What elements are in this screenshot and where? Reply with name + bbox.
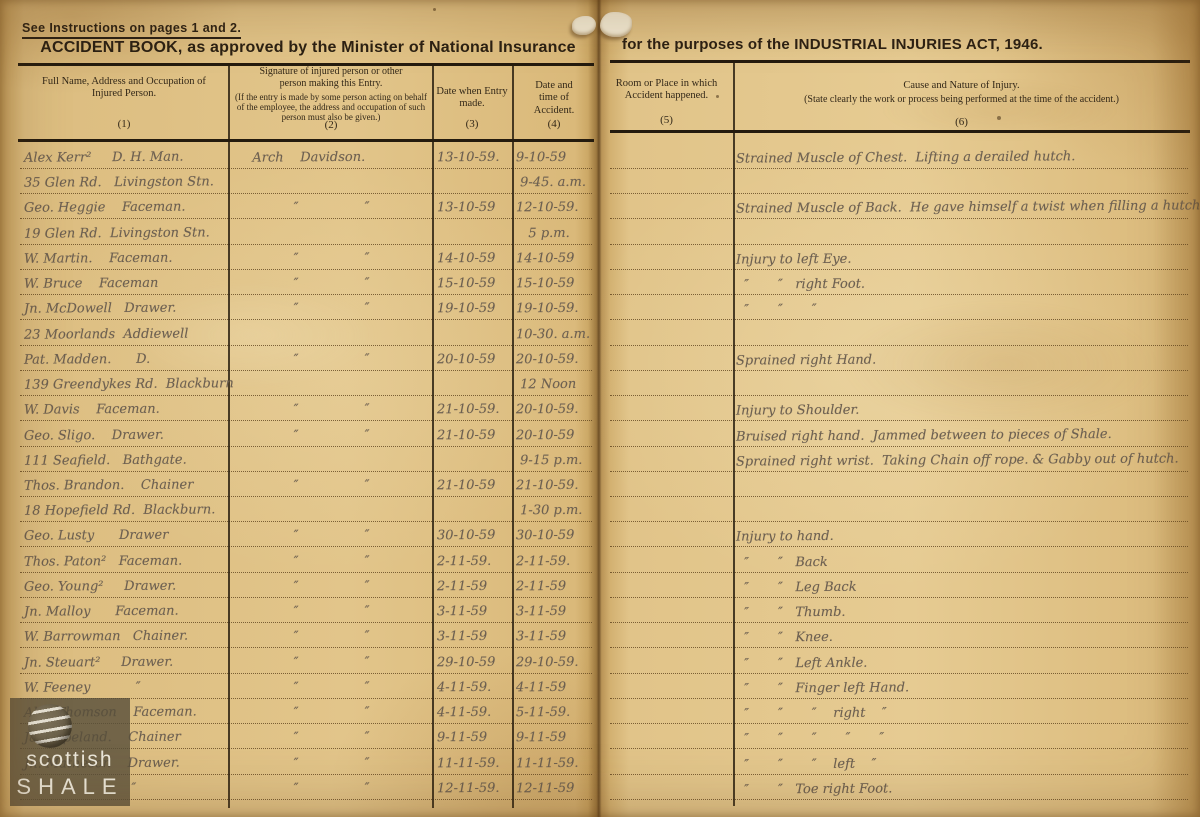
column-number: (6)	[735, 116, 1188, 129]
cell-c3: 2-11-59.	[437, 550, 511, 573]
column-header-5: Room or Place in which Accident happened…	[602, 78, 731, 103]
cell-c5	[614, 550, 730, 573]
table-row: 111 Seafield. Bathgate. 9-15 p.m.Spraine…	[0, 450, 1200, 472]
cell-c4: 9-11-59	[516, 727, 598, 750]
cell-c1: Geo. Lusty Drawer	[24, 525, 228, 548]
instructions-note: See Instructions on pages 1 and 2.	[22, 21, 241, 39]
cell-c6: ″ ″ Left Ankle.	[736, 650, 1188, 675]
cell-c1: Jn. Malloy Faceman.	[24, 600, 228, 623]
torn-hole	[600, 12, 632, 37]
cell-c5	[614, 500, 730, 523]
cell-c3: 4-11-59.	[437, 702, 511, 725]
column-header-2: Signature of injured person or other per…	[232, 66, 430, 138]
cell-c2: ″ ″	[240, 298, 436, 321]
table-row: 139 Greendykes Rd. Blackburn 12 Noon	[0, 374, 1200, 396]
cell-c3: 4-11-59.	[437, 677, 511, 700]
cell-c3	[437, 222, 511, 245]
cell-c4: 20-10-59	[516, 424, 598, 447]
column-header-text: Date and time of Accident.	[514, 80, 594, 117]
table-row: Ja. Copeland. Chainer ″ ″9-11-599-11-59 …	[0, 727, 1200, 749]
cell-c1: Alex Kerr² D. H. Man.	[24, 146, 228, 169]
table-row: Jn. Matheson Drawer. ″ ″11-11-59.11-11-5…	[0, 753, 1200, 775]
cell-c6	[736, 473, 1188, 498]
cell-c3: 21-10-59.	[437, 399, 511, 422]
column-number: (3)	[434, 118, 510, 131]
table-row: 18 Hopefield Rd. Blackburn. 1-30 p.m.	[0, 500, 1200, 522]
cell-c2: ″ ″	[240, 348, 436, 371]
table-row: W. Martin. Faceman. ″ ″14-10-5914-10-59I…	[0, 248, 1200, 270]
cell-c3: 3-11-59	[437, 626, 511, 649]
cell-c2: ″ ″	[240, 676, 436, 699]
cell-c3: 13-10-59	[437, 197, 511, 220]
cell-c5	[614, 651, 730, 674]
cell-c2	[240, 373, 436, 396]
cell-c3: 14-10-59	[437, 248, 511, 271]
cell-c6: ″ ″ Leg Back	[736, 574, 1188, 599]
cell-c4: 5-11-59.	[516, 702, 598, 725]
column-header-text: Full Name, Address and Occupation of Inj…	[22, 76, 226, 101]
column-header-note: (State clearly the work or process being…	[735, 94, 1188, 106]
cell-c6: ″ ″ ″	[736, 297, 1188, 322]
table-row: Geo. Sligo. Drawer. ″ ″21-10-5920-10-59B…	[0, 425, 1200, 447]
paper-speck	[716, 95, 719, 98]
column-header-1: Full Name, Address and Occupation of Inj…	[22, 76, 226, 138]
cell-c3: 20-10-59	[437, 349, 511, 372]
cell-c4: 12-10-59.	[516, 197, 598, 220]
cell-c2	[240, 172, 436, 195]
cell-c6: Injury to left Eye.	[736, 246, 1188, 271]
cell-c1: 111 Seafield. Bathgate.	[24, 449, 228, 472]
cell-c6: Sprained right wrist. Taking Chain off r…	[736, 448, 1188, 473]
cell-c4: 9-10-59	[516, 147, 598, 170]
cell-c5	[614, 399, 730, 422]
cell-c4: 2-11-59.	[516, 550, 598, 573]
cell-c5	[614, 273, 730, 296]
cell-c2: ″ ″	[240, 247, 436, 270]
column-number: (4)	[514, 118, 594, 131]
cell-c4: 2-11-59	[516, 576, 598, 599]
cell-c3	[437, 172, 511, 195]
table-row: Pat. Madden. D. ″ ″20-10-5920-10-59.Spra…	[0, 349, 1200, 371]
cell-c1: W. Martin. Faceman.	[24, 247, 228, 270]
cell-c4: 3-11-59	[516, 626, 598, 649]
cell-c2: ″ ″	[240, 272, 436, 295]
table-row: 19 Glen Rd. Livingston Stn. 5 p.m.	[0, 223, 1200, 245]
cell-c5	[614, 525, 730, 548]
table-row: ″ ″ ″12-11-59.12-11-59 ″ ″ Toe right Foo…	[0, 778, 1200, 800]
table-row: 23 Moorlands Addiewell10-30. a.m.	[0, 324, 1200, 346]
column-header-note: (If the entry is made by some person act…	[232, 92, 430, 123]
cell-c6	[736, 171, 1188, 196]
cell-c1: W. Bruce Faceman	[24, 272, 228, 295]
cell-c5	[614, 222, 730, 245]
watermark-text: SHALE	[10, 774, 130, 800]
cell-c5	[614, 348, 730, 371]
cell-c4: 10-30. a.m.	[516, 323, 598, 346]
cell-c3: 19-10-59	[437, 298, 511, 321]
cell-c6: Injury to Shoulder.	[736, 398, 1188, 423]
cell-c3: 15-10-59	[437, 273, 511, 296]
table-rule	[18, 139, 594, 142]
cell-c6: ″ ″ ″ ″ ″	[736, 726, 1188, 751]
cell-c4: 9-45. a.m.	[516, 172, 598, 195]
cell-c6: ″ ″ right Foot.	[736, 272, 1188, 297]
cell-c5	[614, 298, 730, 321]
cell-c4: 30-10-59	[516, 525, 598, 548]
cell-c4: 19-10-59.	[516, 298, 598, 321]
cell-c6	[736, 322, 1188, 347]
table-row: W. Barrowman Chainer. ″ ″3-11-593-11-59 …	[0, 626, 1200, 648]
column-header-text: Signature of injured person or other per…	[232, 66, 430, 90]
cell-c2: ″ ″	[240, 525, 436, 548]
cell-c4: 29-10-59.	[516, 651, 598, 674]
cell-c4: 12-11-59	[516, 777, 598, 800]
cell-c5	[614, 752, 730, 775]
cell-c2	[240, 323, 436, 346]
cell-c3: 30-10-59	[437, 525, 511, 548]
cell-c5	[614, 449, 730, 472]
table-row: Jn. Steuart² Drawer. ″ ″29-10-5929-10-59…	[0, 652, 1200, 674]
table-rule	[610, 60, 1190, 63]
table-row: W. Feeney ″ ″ ″4-11-59.4-11-59 ″ ″ Finge…	[0, 677, 1200, 699]
cell-c6: Strained Muscle of Chest. Lifting a dera…	[736, 145, 1188, 170]
cell-c3: 3-11-59	[437, 601, 511, 624]
cell-c3: 11-11-59.	[437, 752, 511, 775]
cell-c2: ″ ″	[240, 727, 436, 750]
cell-c3: 12-11-59.	[437, 777, 511, 800]
cell-c1: 35 Glen Rd. Livingston Stn.	[24, 172, 228, 195]
cell-c3	[437, 323, 511, 346]
cell-c5	[614, 626, 730, 649]
cell-c6	[736, 499, 1188, 524]
table-row: Thos. Paton² Faceman. ″ ″2-11-59.2-11-59…	[0, 551, 1200, 573]
column-header-4: Date and time of Accident. (4)	[514, 80, 594, 117]
cell-c6: Injury to hand.	[736, 524, 1188, 549]
cell-c2: ″ ″	[240, 777, 436, 800]
table-row: Geo. Heggie Faceman. ″ ″13-10-5912-10-59…	[0, 197, 1200, 219]
cell-c4: 20-10-59.	[516, 399, 598, 422]
cell-c1: Thos. Brandon. Chainer	[24, 474, 228, 497]
cell-c5	[614, 424, 730, 447]
cell-c3	[437, 374, 511, 397]
right-page-title: for the purposes of the INDUSTRIAL INJUR…	[622, 36, 1043, 53]
cell-c2	[240, 449, 436, 472]
cell-c5	[614, 248, 730, 271]
cell-c5	[614, 475, 730, 498]
cell-c6: ″ ″ Back	[736, 549, 1188, 574]
table-row: Geo. Lusty Drawer ″ ″30-10-5930-10-59Inj…	[0, 525, 1200, 547]
column-header-text: Date when Entry made.	[434, 86, 510, 111]
table-row: Jn. Malloy Faceman. ″ ″3-11-593-11-59 ″ …	[0, 601, 1200, 623]
cell-c3: 2-11-59	[437, 576, 511, 599]
cell-c6: ″ ″ Toe right Foot.	[736, 776, 1188, 801]
cell-c4: 4-11-59	[516, 677, 598, 700]
cell-c2: Arch Davidson.	[240, 146, 436, 169]
cell-c2: ″ ″	[240, 550, 436, 573]
cell-c1: W. Davis Faceman.	[24, 399, 228, 422]
cell-c4: 1-30 p.m.	[516, 500, 598, 523]
table-row: 35 Glen Rd. Livingston Stn. 9-45. a.m.	[0, 172, 1200, 194]
cell-c6	[736, 221, 1188, 246]
cell-c6: Bruised right hand. Jammed between to pi…	[736, 423, 1188, 448]
cell-c2: ″ ″	[240, 626, 436, 649]
cell-c3: 21-10-59	[437, 475, 511, 498]
cell-c1: Jn. Steuart² Drawer.	[24, 651, 228, 674]
column-header-6: Cause and Nature of Injury. (State clear…	[735, 80, 1188, 106]
table-rule	[610, 130, 1190, 133]
cell-c2: ″ ″	[240, 575, 436, 598]
cell-c4: 9-15 p.m.	[516, 449, 598, 472]
cell-c6: ″ ″ Knee.	[736, 625, 1188, 650]
cell-c5	[614, 576, 730, 599]
cell-c2	[240, 500, 436, 523]
cell-c6: ″ ″ ″ left ″	[736, 751, 1188, 776]
cell-c1: Geo. Young² Drawer.	[24, 575, 228, 598]
cell-c6: Sprained right Hand.	[736, 347, 1188, 372]
cell-c5	[614, 147, 730, 170]
table-row: W. Bruce Faceman ″ ″15-10-5915-10-59 ″ ″…	[0, 273, 1200, 295]
scottish-shale-watermark: scottish SHALE	[10, 698, 130, 806]
cell-c5	[614, 601, 730, 624]
cell-c6: ″ ″ Finger left Hand.	[736, 675, 1188, 700]
globe-icon	[28, 704, 72, 748]
cell-c2: ″ ″	[240, 474, 436, 497]
column-header-text: Cause and Nature of Injury.	[735, 80, 1188, 92]
cell-c1: 23 Moorlands Addiewell	[24, 323, 228, 346]
cell-c2: ″ ″	[240, 701, 436, 724]
cell-c3	[437, 449, 511, 472]
cell-c1: W. Barrowman Chainer.	[24, 626, 228, 649]
paper-speck	[433, 8, 436, 11]
cell-c1: Jn. McDowell Drawer.	[24, 298, 228, 321]
cell-c3: 29-10-59	[437, 651, 511, 674]
cell-c3	[437, 500, 511, 523]
watermark-text: scottish	[10, 748, 130, 772]
cell-c5	[614, 777, 730, 800]
left-page-title: ACCIDENT BOOK, as approved by the Minist…	[30, 39, 586, 57]
table-row: Alex Thomson Faceman. ″ ″4-11-59.5-11-59…	[0, 702, 1200, 724]
cell-c4: 21-10-59.	[516, 475, 598, 498]
cell-c3: 13-10-59.	[437, 147, 511, 170]
column-header-3: Date when Entry made. (3)	[434, 86, 510, 111]
table-row: W. Davis Faceman. ″ ″21-10-59.20-10-59.I…	[0, 399, 1200, 421]
cell-c6: Strained Muscle of Back. He gave himself…	[736, 196, 1188, 221]
table-row: Geo. Young² Drawer. ″ ″2-11-592-11-59 ″ …	[0, 576, 1200, 598]
column-number: (1)	[22, 118, 226, 131]
cell-c2: ″ ″	[240, 651, 436, 674]
cell-c1: 18 Hopefield Rd. Blackburn.	[24, 500, 228, 523]
cell-c4: 12 Noon	[516, 374, 598, 397]
cell-c6: ″ ″ Thumb.	[736, 600, 1188, 625]
cell-c5	[614, 676, 730, 699]
cell-c1: Pat. Madden. D.	[24, 348, 228, 371]
cell-c2	[240, 222, 436, 245]
column-number: (5)	[602, 114, 731, 127]
cell-c6	[736, 372, 1188, 397]
cell-c4: 14-10-59	[516, 248, 598, 271]
paper-speck	[997, 116, 1001, 120]
cell-c5	[614, 727, 730, 750]
cell-c6: ″ ″ ″ right ″	[736, 700, 1188, 725]
cell-c4: 11-11-59.	[516, 752, 598, 775]
cell-c1: Geo. Heggie Faceman.	[24, 197, 228, 220]
cell-c5	[614, 374, 730, 397]
cell-c1: Geo. Sligo. Drawer.	[24, 424, 228, 447]
cell-c2: ″ ″	[240, 752, 436, 775]
cell-c4: 3-11-59	[516, 601, 598, 624]
table-row: Jn. McDowell Drawer. ″ ″19-10-5919-10-59…	[0, 298, 1200, 320]
column-number: (2)	[232, 119, 430, 132]
cell-c5	[614, 172, 730, 195]
cell-c2: ″ ″	[240, 424, 436, 447]
cell-c4: 15-10-59	[516, 273, 598, 296]
table-row: Thos. Brandon. Chainer ″ ″21-10-5921-10-…	[0, 475, 1200, 497]
cell-c3: 21-10-59	[437, 424, 511, 447]
cell-c5	[614, 702, 730, 725]
cell-c3: 9-11-59	[437, 727, 511, 750]
cell-c4: 20-10-59.	[516, 349, 598, 372]
cell-c1: 19 Glen Rd. Livingston Stn.	[24, 222, 228, 245]
cell-c5	[614, 323, 730, 346]
cell-c5	[614, 197, 730, 220]
table-row: Alex Kerr² D. H. Man. Arch Davidson.13-1…	[0, 147, 1200, 169]
cell-c2: ″ ″	[240, 600, 436, 623]
cell-c1: 139 Greendykes Rd. Blackburn	[24, 373, 228, 396]
cell-c4: 5 p.m.	[516, 222, 598, 245]
cell-c1: Thos. Paton² Faceman.	[24, 550, 228, 573]
column-header-text: Room or Place in which Accident happened…	[602, 78, 731, 103]
cell-c1: W. Feeney ″	[24, 676, 228, 699]
cell-c2: ″ ″	[240, 399, 436, 422]
cell-c2: ″ ″	[240, 197, 436, 220]
